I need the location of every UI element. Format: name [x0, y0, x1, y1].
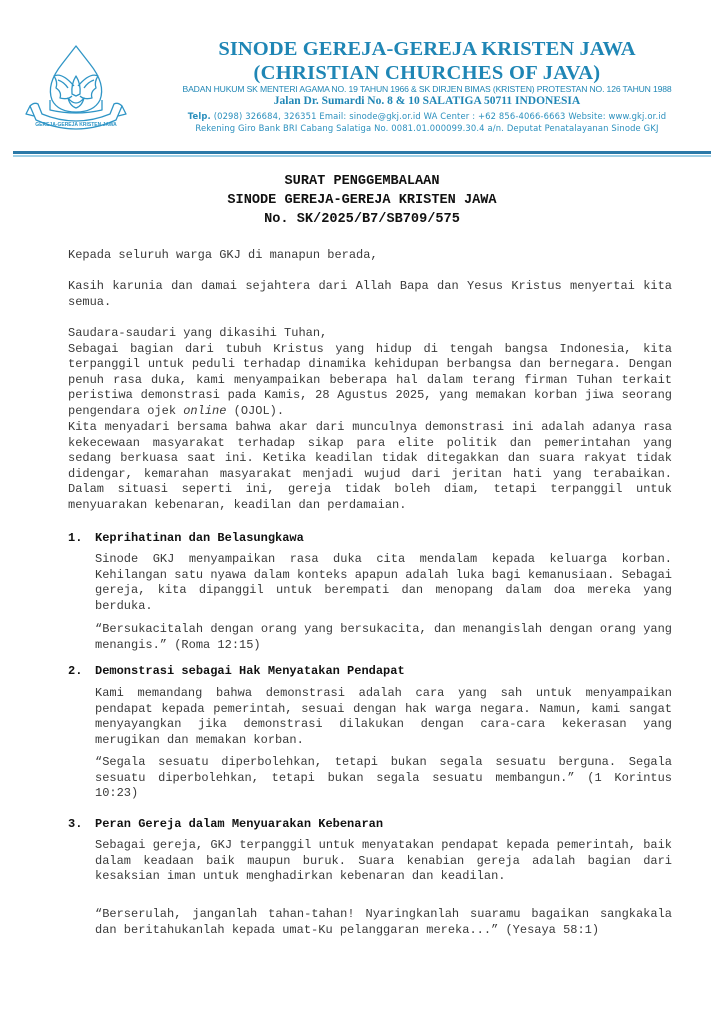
- letter-page: GEREJA-GEREJA KRISTEN JAWA SINODE GEREJA…: [0, 0, 724, 1024]
- org-title: SINODE GEREJA-GEREJA KRISTEN JAWA: [130, 38, 724, 61]
- section-3-quote: “Berserulah, janganlah tahan-tahan! Nyar…: [95, 907, 672, 938]
- letterhead-divider: [13, 151, 711, 154]
- section-3-body: Sebagai gereja, GKJ terpanggil untuk men…: [95, 838, 672, 885]
- section-2-quote: “Segala sesuatu diperbolehkan, tetapi bu…: [95, 755, 672, 802]
- address-line: Saudara-saudari yang dikasihi Tuhan,: [68, 326, 672, 342]
- section-1-quote: “Bersukacitalah dengan orang yang bersuk…: [95, 622, 672, 653]
- logo-ribbon-text: GEREJA-GEREJA KRISTEN JAWA: [35, 122, 117, 128]
- gkj-logo-icon: GEREJA-GEREJA KRISTEN JAWA: [24, 42, 128, 138]
- document-title: SURAT PENGGEMBALAAN: [0, 174, 724, 189]
- section-2-heading: 2.Demonstrasi sebagai Hak Menyatakan Pen…: [68, 664, 405, 678]
- telp-label: Telp.: [188, 111, 211, 121]
- legal-basis: BADAN HUKUM SK MENTERI AGAMA NO. 19 TAHU…: [130, 84, 724, 94]
- section-1-heading: 1.Keprihatinan dan Belasungkawa: [68, 531, 304, 545]
- italic-online: online: [183, 404, 226, 418]
- contact-line: Telp. (0298) 326684, 326351 Email: sinod…: [130, 111, 724, 121]
- bank-account-line: Rekening Giro Bank BRI Cabang Salatiga N…: [130, 123, 724, 133]
- org-address: Jalan Dr. Sumardi No. 8 & 10 SALATIGA 50…: [130, 95, 724, 107]
- document-number: No. SK/2025/B7/SB709/575: [0, 212, 724, 227]
- org-title-english: (CHRISTIAN CHURCHES OF JAVA): [130, 62, 724, 85]
- context-paragraph: Kita menyadari bersama bahwa akar dari m…: [68, 420, 672, 514]
- salutation: Kepada seluruh warga GKJ di manapun bera…: [68, 248, 672, 264]
- section-1-body: Sinode GKJ menyampaikan rasa duka cita m…: [95, 552, 672, 614]
- greeting: Kasih karunia dan damai sejahtera dari A…: [68, 279, 672, 310]
- contact-details: (0298) 326684, 326351 Email: sinode@gkj.…: [214, 111, 667, 121]
- section-2-body: Kami memandang bahwa demonstrasi adalah …: [95, 686, 672, 748]
- letterhead-divider-light: [13, 155, 711, 157]
- intro-text: Sebagai bagian dari tubuh Kristus yang h…: [68, 342, 672, 420]
- intro-paragraph: Saudara-saudari yang dikasihi Tuhan, Seb…: [68, 326, 672, 420]
- section-3-heading: 3.Peran Gereja dalam Menyuarakan Kebenar…: [68, 817, 383, 831]
- document-issuer: SINODE GEREJA-GEREJA KRISTEN JAWA: [0, 193, 724, 208]
